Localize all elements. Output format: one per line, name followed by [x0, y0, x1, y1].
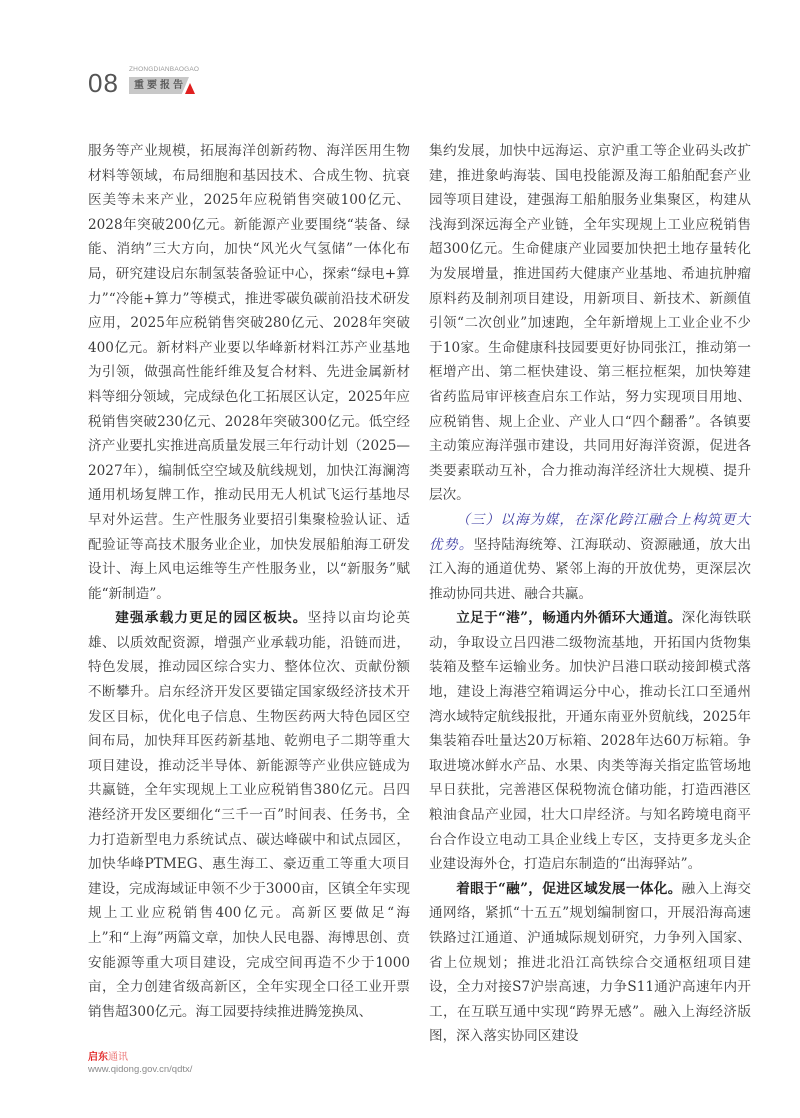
section-label: 重要报告: [134, 78, 186, 93]
paragraph-heading: 建强承载力更足的园区板块。: [115, 610, 307, 626]
paragraph-heading: 立足于“港”，畅通内外循环大通道。: [456, 610, 681, 626]
paragraph-text: 坚持以亩均论英雄、以质效配资源，增强产业承载功能，沿链而进，特色发展，推动园区综…: [88, 610, 410, 1020]
red-triangle-icon: [185, 83, 195, 94]
right-column: 集约发展，加快中远海运、京沪重工等企业码头改扩建，推进象屿海装、国电投能源及海工…: [429, 139, 751, 1049]
page-number: 08: [88, 68, 119, 98]
paragraph: 建强承载力更足的园区板块。坚持以亩均论英雄、以质效配资源，增强产业承载功能，沿链…: [88, 606, 410, 1024]
paragraph: 集约发展，加快中远海运、京沪重工等企业码头改扩建，推进象屿海装、国电投能源及海工…: [429, 139, 751, 508]
left-column: 服务等产业规模，拓展海洋创新药物、海洋医用生物材料等领域，布局细胞和基因技术、合…: [88, 139, 410, 1024]
paragraph: （三）以海为媒，在深化跨江融合上构筑更大优势。坚持陆海统筹、江海联动、资源融通，…: [429, 508, 751, 606]
paragraph-text: 集约发展，加快中远海运、京沪重工等企业码头改扩建，推进象屿海装、国电投能源及海工…: [429, 143, 751, 503]
page-header: 08 ZHONGDIANBAOGAO 重要报告: [88, 66, 288, 100]
paragraph: 服务等产业规模，拓展海洋创新药物、海洋医用生物材料等领域，布局细胞和基因技术、合…: [88, 139, 410, 606]
paragraph-text: 服务等产业规模，拓展海洋创新药物、海洋医用生物材料等领域，布局细胞和基因技术、合…: [88, 143, 410, 602]
footer-url[interactable]: www.qidong.gov.cn/qdtx/: [88, 1064, 192, 1076]
paragraph-text: 融入上海交通网络，紧抓“十五五”规划编制窗口，开展沿海高速铁路过江通道、沪通城际…: [429, 881, 751, 1045]
paragraph: 着眼于“融”，促进区域发展一体化。融入上海交通网络，紧抓“十五五”规划编制窗口，…: [429, 877, 751, 1049]
page-footer: 启东通讯 www.qidong.gov.cn/qdtx/: [88, 1052, 192, 1076]
paragraph-text: 坚持陆海统筹、江海联动、资源融通，放大出江入海的通道优势、紧邻上海的开放优势，更…: [429, 537, 751, 602]
footer-brand: 启东通讯: [88, 1052, 192, 1064]
brand-suffix: 通讯: [108, 1052, 128, 1063]
section-tab: 重要报告: [129, 77, 189, 94]
paragraph-text: 深化海铁联动，争取设立吕四港二级物流基地，开拓国内货物集装箱及整车运输业务。加快…: [429, 610, 751, 872]
section-pinyin: ZHONGDIANBAOGAO: [129, 66, 199, 74]
brand-name: 启东: [88, 1052, 108, 1063]
paragraph: 立足于“港”，畅通内外循环大通道。深化海铁联动，争取设立吕四港二级物流基地，开拓…: [429, 606, 751, 877]
paragraph-heading: 着眼于“融”，促进区域发展一体化。: [456, 881, 681, 897]
